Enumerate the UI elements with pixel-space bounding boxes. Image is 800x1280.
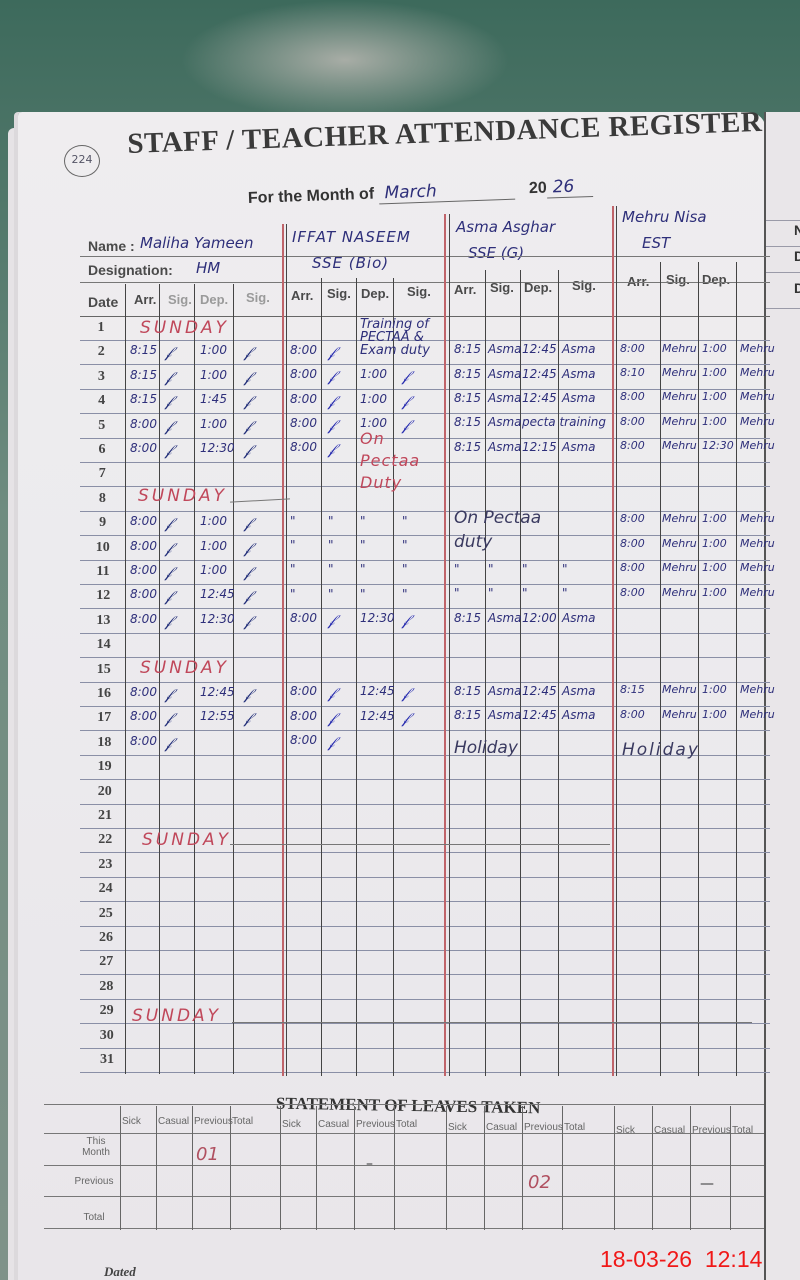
- col-line: [125, 284, 126, 1074]
- rule-line: [80, 633, 770, 634]
- col-sig2-1: Sig.: [246, 290, 270, 305]
- sunday-label: SUNDAY: [140, 658, 229, 678]
- signature-mark: 𝒻: [244, 441, 251, 459]
- rule-line: [44, 1196, 764, 1197]
- date-number: 10: [88, 540, 118, 556]
- maliha-dep-value: 1:00: [200, 343, 227, 357]
- col-line: [558, 270, 559, 1076]
- rule-line: [44, 1104, 764, 1105]
- asma-sig-value: Asma: [488, 440, 522, 454]
- asma-arr-value: 8:15: [454, 708, 481, 722]
- signature-mark: 𝒻: [244, 514, 251, 532]
- leave-row-label: Previous: [68, 1176, 120, 1187]
- mehru-sig2-value: Mehru: [740, 586, 775, 599]
- maliha-arr-value: 8:00: [130, 539, 157, 553]
- asma-sig-value: Asma: [488, 367, 522, 381]
- date-number: 26: [91, 930, 121, 946]
- date-number: 23: [90, 857, 120, 873]
- signature-mark: 𝒻: [165, 539, 172, 557]
- maliha-dep-value: 12:45: [200, 685, 235, 699]
- asma-arr-value: 8:15: [454, 611, 481, 625]
- asma-sig2-value: Asma: [562, 367, 596, 381]
- col-line: [690, 1106, 691, 1230]
- signature-mark: 𝒻: [165, 392, 172, 410]
- col-line: [356, 278, 357, 1076]
- mehru-sig-value: Mehru: [662, 537, 697, 550]
- col-line: [233, 284, 234, 1074]
- col-line: [156, 1106, 157, 1230]
- asma-sig2-value: ": [562, 586, 568, 600]
- leave-col-header: Total: [732, 1125, 753, 1136]
- mehru-sig2-value: Mehru: [740, 342, 775, 355]
- signature-mark: 𝒻: [244, 587, 251, 605]
- rule-line: [80, 950, 770, 951]
- rule-line: [80, 901, 770, 902]
- asma-dep-value: 12:45: [522, 367, 557, 381]
- iffat-pectaa-note: On Pectaa Duty: [360, 428, 450, 494]
- leave-col-header: Casual: [654, 1125, 685, 1136]
- mehru-sig-value: Mehru: [662, 512, 697, 525]
- col-dep-4: Dep.: [702, 272, 730, 287]
- asma-arr-value: 8:15: [454, 684, 481, 698]
- month-label: For the Month of: [248, 186, 375, 207]
- signature-mark: 𝒻: [165, 587, 172, 605]
- signature-mark: 𝒻: [244, 417, 251, 435]
- maliha-arr-value: 8:00: [130, 441, 157, 455]
- date-number: 15: [89, 662, 119, 678]
- mehru-sig-value: Mehru: [662, 586, 697, 599]
- mehru-sig2-value: Mehru: [740, 561, 775, 574]
- asma-dep-value: ": [522, 586, 528, 600]
- signature-mark: 𝒻: [402, 684, 409, 702]
- mehru-sig2-value: Mehru: [740, 683, 775, 696]
- asma-holiday-note: Holiday: [454, 738, 518, 758]
- leave-value-asma: 02: [528, 1172, 551, 1193]
- col-line: [316, 1106, 317, 1230]
- mehru-sig2-value: Mehru: [740, 415, 775, 428]
- rule-line: [80, 926, 770, 927]
- year-prefix: 20: [529, 180, 547, 198]
- asma-sig-value: Asma: [488, 684, 522, 698]
- signature-mark: 𝒻: [244, 685, 251, 703]
- maliha-dep-value: 12:45: [200, 587, 235, 601]
- margin-line-red: [612, 206, 614, 1076]
- col-arr-3: Arr.: [454, 282, 476, 297]
- photo-timestamp: 18-03-26 12:14: [600, 1246, 762, 1273]
- asma-sig-value: Asma: [488, 342, 522, 356]
- asma-sig-value: Asma: [488, 415, 522, 429]
- date-header: Date: [88, 294, 118, 310]
- col-line: [522, 1106, 523, 1230]
- date-number: 22: [90, 832, 120, 848]
- signature-mark: 𝒻: [328, 440, 335, 458]
- signature-mark: 𝒻: [328, 611, 335, 629]
- iffat-dep-value: ": [360, 514, 366, 528]
- rule-line: [766, 220, 800, 221]
- iffat-dep-value: ": [360, 587, 366, 601]
- mehru-sig-value: Mehru: [662, 439, 697, 452]
- asma-dep-value: ": [522, 562, 528, 576]
- asma-dep-value: 12:45: [522, 342, 557, 356]
- signature-mark: 𝒻: [328, 367, 335, 385]
- signature-mark: 𝒻: [244, 343, 251, 361]
- staff-name-3: Asma Asghar: [456, 218, 555, 236]
- date-number: 12: [88, 588, 118, 604]
- col-sig-4: Sig.: [666, 272, 690, 287]
- maliha-dep-value: 12:55: [200, 709, 235, 723]
- asma-sig-value: ": [488, 562, 494, 576]
- date-number: 4: [87, 393, 117, 409]
- col-line: [354, 1106, 355, 1230]
- sunday-label: SUNDAY: [140, 318, 229, 338]
- asma-sig2-value: Asma: [562, 342, 596, 356]
- leave-col-header: Total: [564, 1122, 585, 1133]
- mehru-sig-value: Mehru: [662, 366, 697, 379]
- col-line: [614, 1106, 615, 1230]
- right-page-letter: D: [794, 248, 800, 264]
- col-dep-1: Dep.: [200, 292, 228, 307]
- rule-line: [80, 1048, 770, 1049]
- leave-col-header: Casual: [318, 1119, 349, 1130]
- date-number: 1: [86, 320, 116, 336]
- mehru-dep-value: 1:00: [702, 537, 727, 550]
- iffat-arr-value: ": [290, 587, 296, 601]
- maliha-arr-value: 8:15: [130, 368, 157, 382]
- staff-designation-1: HM: [196, 259, 220, 277]
- mehru-sig2-value: Mehru: [740, 512, 775, 525]
- iffat-dep-value: 1:00: [360, 392, 387, 406]
- maliha-dep-value: 1:00: [200, 417, 227, 431]
- mehru-sig2-value: Mehru: [740, 439, 775, 452]
- rule-line: [80, 974, 770, 975]
- iffat-dep-value: 1:00: [360, 367, 387, 381]
- iffat-sig-value: ": [328, 587, 334, 601]
- mehru-arr-value: 8:00: [620, 537, 645, 550]
- asma-arr-value: ": [454, 586, 460, 600]
- rule-line: [80, 828, 770, 829]
- mehru-sig2-value: Mehru: [740, 390, 775, 403]
- date-number: 7: [87, 466, 117, 482]
- maliha-dep-value: 1:00: [200, 539, 227, 553]
- rule-line: [80, 282, 770, 283]
- iffat-arr-value: 8:00: [290, 367, 317, 381]
- date-number: 8: [87, 491, 117, 507]
- maliha-dep-value: 12:30: [200, 441, 235, 455]
- date-number: 6: [87, 442, 117, 458]
- rule-line: [766, 272, 800, 273]
- maliha-dep-value: 1:00: [200, 563, 227, 577]
- maliha-dep-value: 1:00: [200, 368, 227, 382]
- col-line: [484, 1106, 485, 1230]
- mehru-sig2-value: Mehru: [740, 537, 775, 550]
- leave-value-mehru: —: [700, 1176, 714, 1192]
- date-number: 27: [91, 954, 121, 970]
- iffat-sig2-value: ": [402, 562, 408, 576]
- asma-arr-value: 8:15: [454, 367, 481, 381]
- iffat-dep-value: 12:45: [360, 684, 395, 698]
- col-line: [120, 1106, 121, 1230]
- right-page-letter: N: [794, 222, 800, 238]
- asma-sig2-value: Asma: [562, 611, 596, 625]
- col-line: [485, 270, 486, 1076]
- iffat-arr-value: 8:00: [290, 684, 317, 698]
- signature-mark: 𝒻: [328, 392, 335, 410]
- mehru-sig-value: Mehru: [662, 415, 697, 428]
- rule-line: [766, 246, 800, 247]
- mehru-dep-value: 1:00: [702, 512, 727, 525]
- date-number: 28: [91, 979, 121, 995]
- date-number: 9: [88, 515, 118, 531]
- rule-line: [766, 308, 800, 309]
- staff-name-2: IFFAT NASEEM: [292, 228, 411, 246]
- leave-row-label: This Month: [72, 1136, 120, 1158]
- year: 2026: [529, 178, 593, 197]
- asma-sig2-value: Asma: [562, 708, 596, 722]
- col-line: [616, 206, 617, 1076]
- mehru-dep-value: 1:00: [702, 390, 727, 403]
- background-blur: [180, 0, 510, 120]
- year-value: 26: [546, 176, 593, 199]
- sunday-label: SUNDAY: [142, 830, 231, 850]
- col-line: [286, 224, 287, 1076]
- date-number: 29: [92, 1003, 122, 1019]
- mehru-arr-value: 8:00: [620, 512, 645, 525]
- leave-col-header: Total: [396, 1119, 417, 1130]
- iffat-arr-value: 8:00: [290, 392, 317, 406]
- mehru-arr-value: 8:00: [620, 586, 645, 599]
- asma-pectaa-note: On Pectaa duty: [454, 506, 574, 554]
- signature-mark: 𝒻: [244, 539, 251, 557]
- mehru-sig-value: Mehru: [662, 708, 697, 721]
- maliha-arr-value: 8:00: [130, 734, 157, 748]
- iffat-arr-value: 8:00: [290, 733, 317, 747]
- date-number: 14: [89, 637, 119, 653]
- col-line: [393, 278, 394, 1076]
- mehru-arr-value: 8:00: [620, 708, 645, 721]
- date-number: 5: [87, 418, 117, 434]
- staff-name-4: Mehru Nisa: [622, 208, 707, 226]
- iffat-dep-value: 12:30: [360, 611, 395, 625]
- asma-sig-value: Asma: [488, 611, 522, 625]
- col-line: [652, 1106, 653, 1230]
- maliha-arr-value: 8:00: [130, 685, 157, 699]
- signature-mark: 𝒻: [328, 733, 335, 751]
- mehru-arr-value: 8:00: [620, 439, 645, 452]
- asma-arr-value: 8:15: [454, 415, 481, 429]
- leave-col-header: Sick: [616, 1125, 635, 1136]
- mehru-arr-value: 8:15: [620, 683, 645, 696]
- signature-mark: 𝒻: [165, 417, 172, 435]
- col-line: [280, 1106, 281, 1230]
- leave-col-header: Previous: [194, 1116, 233, 1127]
- signature-mark: 𝒻: [244, 563, 251, 581]
- signature-mark: 𝒻: [165, 514, 172, 532]
- iffat-arr-value: 8:00: [290, 440, 317, 454]
- signature-mark: 𝒻: [165, 368, 172, 386]
- maliha-arr-value: 8:15: [130, 392, 157, 406]
- date-number: 17: [89, 710, 119, 726]
- rule-line: [80, 779, 770, 780]
- asma-sig2-value: Asma: [562, 440, 596, 454]
- date-number: 21: [90, 808, 120, 824]
- asma-sig-value: Asma: [488, 391, 522, 405]
- leave-col-header: Previous: [356, 1119, 395, 1130]
- signature-mark: 𝒻: [165, 709, 172, 727]
- leave-col-header: Previous: [692, 1125, 731, 1136]
- date-number: 11: [88, 564, 118, 580]
- signature-mark: 𝒻: [402, 611, 409, 629]
- leave-col-header: Sick: [282, 1119, 301, 1130]
- asma-dep-value: 12:15: [522, 440, 557, 454]
- col-arr-1: Arr.: [134, 292, 156, 307]
- asma-sig-value: ": [488, 586, 494, 600]
- maliha-arr-value: 8:00: [130, 417, 157, 431]
- date-number: 16: [89, 686, 119, 702]
- signature-mark: 𝒻: [328, 343, 335, 361]
- mehru-arr-value: 8:00: [620, 415, 645, 428]
- mehru-arr-value: 8:00: [620, 390, 645, 403]
- mehru-dep-value: 1:00: [702, 586, 727, 599]
- rule-line: [80, 608, 770, 609]
- mehru-dep-value: 1:00: [702, 342, 727, 355]
- iffat-arr-value: 8:00: [290, 709, 317, 723]
- dated-label: Dated: [104, 1264, 136, 1280]
- col-sig-2: Sig.: [327, 286, 351, 301]
- col-sig2-3: Sig.: [572, 278, 596, 293]
- signature-mark: 𝒻: [402, 709, 409, 727]
- col-arr-2: Arr.: [291, 288, 313, 303]
- col-sig2-2: Sig.: [407, 284, 431, 299]
- asma-arr-value: 8:15: [454, 440, 481, 454]
- date-number: 18: [89, 735, 119, 751]
- mehru-dep-value: 1:00: [702, 415, 727, 428]
- signature-mark: 𝒻: [244, 368, 251, 386]
- leave-col-header: Casual: [158, 1116, 189, 1127]
- margin-line-red: [282, 224, 284, 1076]
- col-line: [698, 262, 699, 1076]
- date-number: 25: [91, 906, 121, 922]
- strike-line: [232, 1022, 752, 1023]
- col-line: [159, 284, 160, 1074]
- mehru-sig-value: Mehru: [662, 561, 697, 574]
- mehru-sig-value: Mehru: [662, 390, 697, 403]
- rule-line: [80, 804, 770, 805]
- signature-mark: 𝒻: [244, 392, 251, 410]
- leave-value-iffat: –: [366, 1156, 373, 1172]
- asma-dep-value: 12:00: [522, 611, 557, 625]
- maliha-arr-value: 8:15: [130, 343, 157, 357]
- sunday-label: SUNDAY: [138, 486, 227, 506]
- mehru-arr-value: 8:00: [620, 342, 645, 355]
- asma-sig2-value: Asma: [562, 391, 596, 405]
- leave-value-maliha: 01: [196, 1144, 219, 1165]
- iffat-sig-value: ": [328, 514, 334, 528]
- signature-mark: 𝒻: [165, 441, 172, 459]
- mehru-sig-value: Mehru: [662, 342, 697, 355]
- mehru-sig-value: Mehru: [662, 683, 697, 696]
- mehru-dep-value: 1:00: [702, 366, 727, 379]
- maliha-dep-value: 1:00: [200, 514, 227, 528]
- iffat-arr-value: 8:00: [290, 416, 317, 430]
- mehru-dep-value: 1:00: [702, 683, 727, 696]
- iffat-arr-value: ": [290, 562, 296, 576]
- sunday-label: SUNDAY: [132, 1006, 221, 1026]
- asma-sig2-value: Asma: [562, 684, 596, 698]
- maliha-arr-value: 8:00: [130, 709, 157, 723]
- maliha-arr-value: 8:00: [130, 563, 157, 577]
- asma-dep-value: pecta training: [522, 415, 606, 429]
- date-number: 31: [92, 1052, 122, 1068]
- asma-dep-value: 12:45: [522, 684, 557, 698]
- rule-line: [80, 256, 770, 257]
- date-number: 30: [92, 1028, 122, 1044]
- mehru-dep-value: 12:30: [702, 439, 734, 452]
- col-line: [446, 1106, 447, 1230]
- signature-mark: 𝒻: [328, 416, 335, 434]
- rule-line: [80, 852, 770, 853]
- asma-dep-value: 12:45: [522, 708, 557, 722]
- col-line: [736, 262, 737, 1076]
- date-number: 20: [90, 784, 120, 800]
- date-number: 3: [86, 369, 116, 385]
- signature-mark: 𝒻: [328, 709, 335, 727]
- mehru-sig2-value: Mehru: [740, 366, 775, 379]
- leave-col-header: Total: [232, 1116, 253, 1127]
- page-number: 224: [64, 145, 100, 177]
- rule-line: [44, 1228, 764, 1229]
- date-number: 24: [91, 881, 121, 897]
- maliha-arr-value: 8:00: [130, 514, 157, 528]
- rule-line: [44, 1165, 764, 1166]
- leave-col-header: Previous: [524, 1122, 563, 1133]
- asma-arr-value: 8:15: [454, 391, 481, 405]
- iffat-training-note: Training of PECTAA & Exam duty: [360, 318, 450, 357]
- leave-row-label: Total: [68, 1212, 120, 1223]
- leave-col-header: Sick: [448, 1122, 467, 1133]
- col-dep-2: Dep.: [361, 286, 389, 301]
- maliha-dep-value: 1:45: [200, 392, 227, 406]
- signature-mark: 𝒻: [244, 709, 251, 727]
- iffat-sig2-value: ": [402, 587, 408, 601]
- signature-mark: 𝒻: [244, 612, 251, 630]
- iffat-dep-value: ": [360, 538, 366, 552]
- col-line: [192, 1106, 193, 1230]
- staff-designation-4: EST: [642, 234, 670, 252]
- maliha-arr-value: 8:00: [130, 587, 157, 601]
- iffat-dep-value: 12:45: [360, 709, 395, 723]
- mehru-arr-value: 8:00: [620, 561, 645, 574]
- date-number: 13: [88, 613, 118, 629]
- iffat-sig-value: ": [328, 538, 334, 552]
- mehru-dep-value: 1:00: [702, 708, 727, 721]
- date-number: 19: [90, 759, 120, 775]
- asma-arr-value: 8:15: [454, 342, 481, 356]
- staff-designation-3: SSE (G): [468, 244, 524, 262]
- iffat-arr-value: 8:00: [290, 343, 317, 357]
- mehru-dep-value: 1:00: [702, 561, 727, 574]
- staff-name-1: Maliha Yameen: [140, 234, 254, 252]
- right-page-letter: D: [794, 280, 800, 296]
- signature-mark: 𝒻: [165, 563, 172, 581]
- asma-sig2-value: ": [562, 562, 568, 576]
- date-number: 2: [86, 344, 116, 360]
- rule-line: [80, 730, 770, 731]
- col-sig-1: Sig.: [168, 292, 192, 307]
- signature-mark: 𝒻: [402, 367, 409, 385]
- asma-sig-value: Asma: [488, 708, 522, 722]
- signature-mark: 𝒻: [165, 685, 172, 703]
- asma-dep-value: 12:45: [522, 391, 557, 405]
